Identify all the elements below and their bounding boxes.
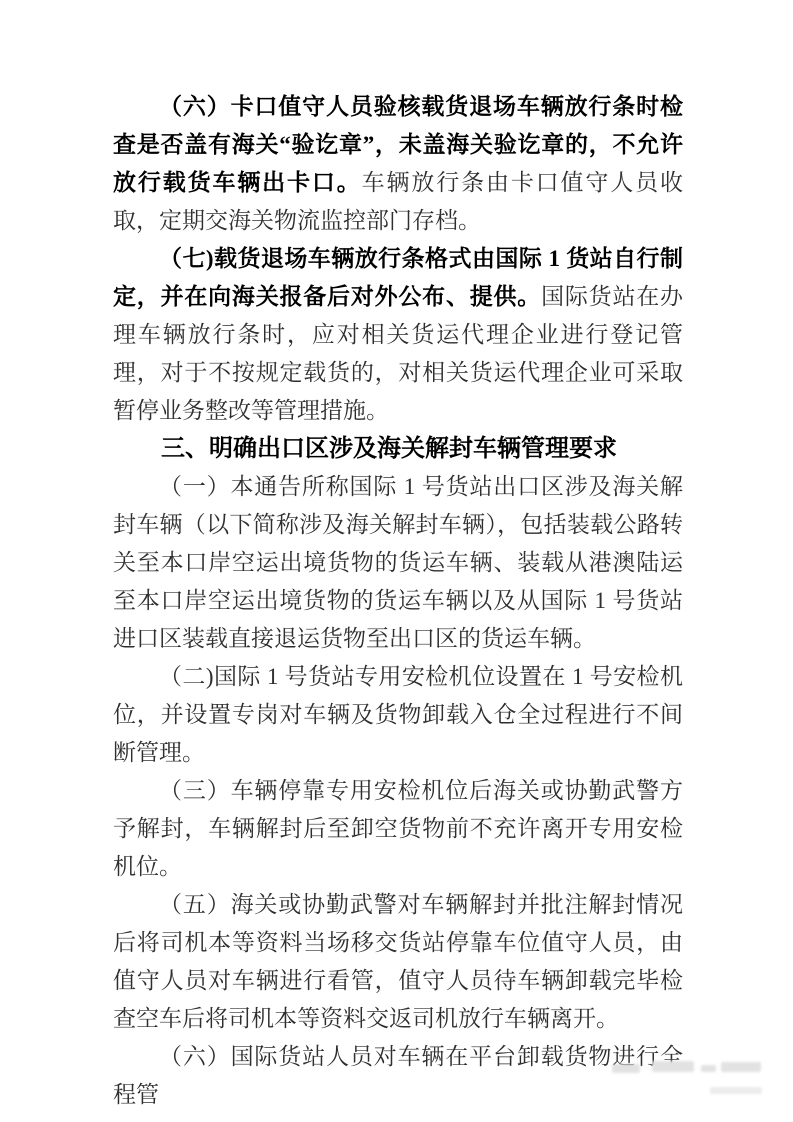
document-page: （六）卡口值守人员验核载货退场车辆放行条时检查是否盖有海关“验讫章”，未盖海关验… (0, 0, 793, 1122)
paragraph: （六）国际货站人员对车辆在平台卸载货物进行全程管 (113, 1038, 683, 1114)
document-body: （六）卡口值守人员验核载货退场车辆放行条时检查是否盖有海关“验讫章”，未盖海关验… (113, 88, 683, 1114)
section-heading: 三、明确出口区涉及海关解封车辆管理要求 (113, 430, 683, 468)
text-segment: （六）国际货站人员对车辆在平台卸载货物进行全程管 (113, 1044, 683, 1107)
paragraph: （六）卡口值守人员验核载货退场车辆放行条时检查是否盖有海关“验讫章”，未盖海关验… (113, 88, 683, 240)
paragraph: （五）海关或协勤武警对车辆解封并批注解封情况后将司机本等资料当场移交货站停靠车位… (113, 886, 683, 1038)
paragraph: （三）车辆停靠专用安检机位后海关或协勤武警方予解封，车辆解封后至卸空货物前不充许… (113, 772, 683, 886)
watermark (710, 1087, 762, 1094)
paragraph: （七)载货退场车辆放行条格式由国际 1 货站自行制定，并在向海关报备后对外公布、… (113, 240, 683, 430)
text-segment: 三、明确出口区涉及海关解封车辆管理要求 (161, 435, 617, 462)
text-segment: （五）海关或协勤武警对车辆解封并批注解封情况后将司机本等资料当场移交货站停靠车位… (113, 892, 683, 1031)
text-segment: （一）本通告所称国际 1 号货站出口区涉及海关解封车辆（以下简称涉及海关解封车辆… (113, 474, 683, 651)
paragraph: （二)国际 1 号货站专用安检机位设置在 1 号安检机位，并设置专岗对车辆及货物… (113, 658, 683, 772)
text-segment: （二)国际 1 号货站专用安检机位设置在 1 号安检机位，并设置专岗对车辆及货物… (113, 664, 683, 765)
text-segment: （三）车辆停靠专用安检机位后海关或协勤武警方予解封，车辆解封后至卸空货物前不充许… (113, 778, 683, 879)
watermark (721, 1062, 761, 1072)
paragraph: （一）本通告所称国际 1 号货站出口区涉及海关解封车辆（以下简称涉及海关解封车辆… (113, 468, 683, 658)
watermark (612, 1064, 640, 1073)
watermark (701, 1065, 716, 1072)
watermark (652, 1061, 694, 1072)
